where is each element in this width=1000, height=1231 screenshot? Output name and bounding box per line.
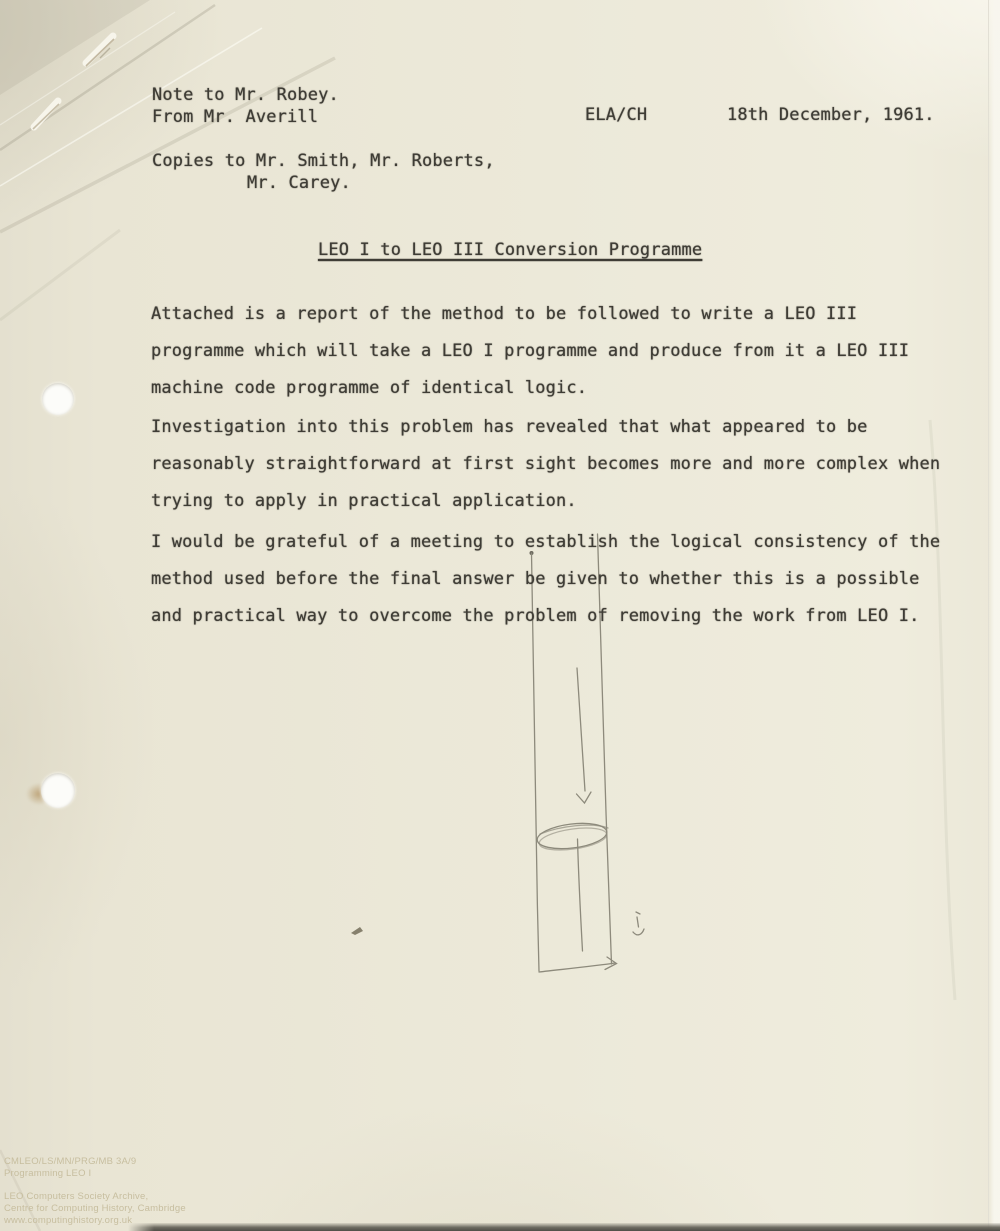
watermark-ref-line2: Programming LEO I	[4, 1168, 91, 1179]
sketch-scribble	[633, 912, 644, 935]
memo-copies-line2: Mr. Carey.	[247, 173, 351, 193]
memo-copies-line1: Copies to Mr. Smith, Mr. Roberts,	[152, 151, 495, 171]
staple-tear-marks	[33, 36, 114, 129]
memo-from: From Mr. Averill	[152, 107, 318, 127]
memo-paragraph-2: Investigation into this problem has reve…	[151, 409, 1000, 520]
sketch-disc	[536, 820, 608, 852]
sketch-bottom-line	[539, 963, 615, 972]
sketch-down-arrowhead	[577, 792, 592, 803]
watermark-archive-line1: LEO Computers Society Archive,	[4, 1191, 148, 1202]
watermark-archive-line2: Centre for Computing History, Cambridge	[4, 1203, 186, 1214]
scan-edge-right	[988, 0, 1000, 1231]
sketch-bottom-arrowhead	[605, 957, 617, 970]
memo-title: LEO I to LEO III Conversion Programme	[318, 240, 702, 260]
memo-reference: ELA/CH	[585, 105, 647, 125]
memo-paragraph-1: Attached is a report of the method to be…	[151, 296, 1000, 407]
punch-hole-top	[42, 383, 74, 415]
punch-hole-bottom	[41, 773, 75, 808]
sketch-stem-line	[578, 839, 583, 951]
memo-note-to: Note to Mr. Robey.	[152, 85, 339, 105]
paper-fleck	[351, 927, 363, 935]
watermark-ref-line1: CMLEO/LS/MN/PRG/MB 3A/9	[4, 1156, 136, 1167]
scanned-memo-page: Note to Mr. Robey. From Mr. Averill ELA/…	[0, 0, 1000, 1231]
watermark-archive-line3: www.computinghistory.org.uk	[4, 1215, 132, 1226]
sketch-down-arrow-shaft	[577, 668, 585, 791]
memo-paragraph-3: I would be grateful of a meeting to esta…	[151, 524, 1000, 635]
memo-date: 18th December, 1961.	[727, 105, 935, 125]
scan-edge-bottom	[128, 1223, 1000, 1231]
